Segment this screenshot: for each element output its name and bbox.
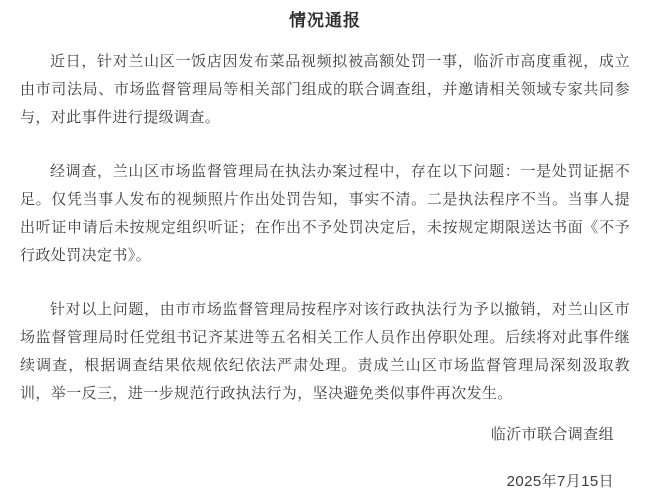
signature: 临沂市联合调查组 [20,421,630,449]
document-date: 2025年7月15日 [20,468,630,496]
document-title: 情况通报 [20,10,630,32]
paragraph-intro: 近日，针对兰山区一饭店因发布菜品视频拟被高额处罚一事，临沂市高度重视，成立由市司… [20,48,630,132]
notice-document: 情况通报 近日，针对兰山区一饭店因发布菜品视频拟被高额处罚一事，临沂市高度重视，… [0,0,650,504]
paragraph-findings: 经调查，兰山区市场监督管理局在执法办案过程中，存在以下问题：一是处罚证据不足。仅… [20,158,630,270]
paragraph-actions: 针对以上问题，由市市场监督管理局按程序对该行政执法行为予以撤销，对兰山区市场监督… [20,296,630,408]
